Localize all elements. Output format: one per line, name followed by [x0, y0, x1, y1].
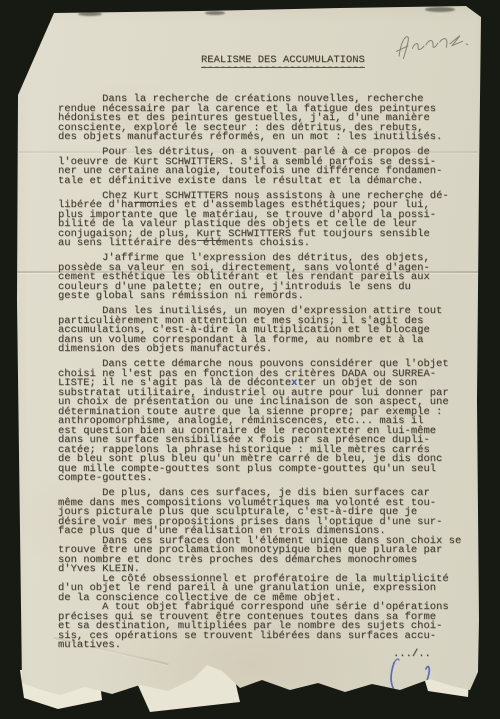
paragraph: De plus, dans ces surfaces, je dis bien …: [58, 489, 468, 537]
paragraph: A tout objet fabriqué correspond une sér…: [58, 603, 468, 651]
paragraph: Dans les inutilisés, un moyen d'expressi…: [58, 307, 468, 355]
title-block: REALISME DES ACCUMULATIONS -------------…: [201, 55, 365, 72]
paragraph: Dans ces surfaces dont l'élément unique …: [58, 537, 468, 575]
paragraph: J'affirme que l'expression des détritus,…: [58, 254, 468, 302]
text-line: au sens littéraire des éléments choisis.: [58, 239, 468, 249]
blue-ink-mark: [384, 655, 446, 707]
text-segment: des objets manufacturés réformés, en un …: [58, 131, 442, 143]
text-segment: geste global sans rémission ni remords.: [58, 290, 304, 302]
paragraph: Pour les détritus, on a souvent parlé à …: [58, 148, 468, 186]
text-line: dimension des objets manufacturés.: [58, 345, 468, 355]
text-segment: tale et définitive existe dans le résult…: [58, 175, 423, 187]
text-segment: mulatives.: [58, 639, 121, 651]
text-segment: dimension des objets manufacturés.: [58, 343, 272, 355]
text-segment: compte-gouttes.: [58, 472, 153, 484]
paragraph: Dans cette démarche nous pouvons considé…: [58, 360, 468, 484]
handwritten-note: [392, 28, 474, 62]
document-page: REALISME DES ACCUMULATIONS -------------…: [0, 0, 500, 719]
paragraph: Dans la recherche de créations nouvelles…: [58, 95, 468, 143]
paragraph: Chez Kurt SCHWITTERS nous assistons à un…: [58, 192, 468, 249]
scan-background: REALISME DES ACCUMULATIONS -------------…: [0, 0, 500, 719]
title-underline-dashes: --------------------------: [201, 65, 365, 72]
paragraph: Le côté obsessionnel et profératoire de …: [58, 575, 468, 604]
document-body: Dans la recherche de créations nouvelles…: [58, 95, 468, 651]
edge-smudge: [78, 12, 102, 16]
text-line: compte-gouttes.: [58, 474, 468, 484]
text-line: des objets manufacturés réformés, en un …: [58, 133, 468, 143]
text-line: tale et définitive existe dans le résult…: [58, 177, 468, 187]
edge-smudge: [205, 11, 225, 15]
text-segment: au sens littéraire des éléments choisis.: [58, 237, 310, 249]
edge-smudge: [425, 7, 455, 12]
text-line: geste global sans rémission ni remords.: [58, 292, 468, 302]
